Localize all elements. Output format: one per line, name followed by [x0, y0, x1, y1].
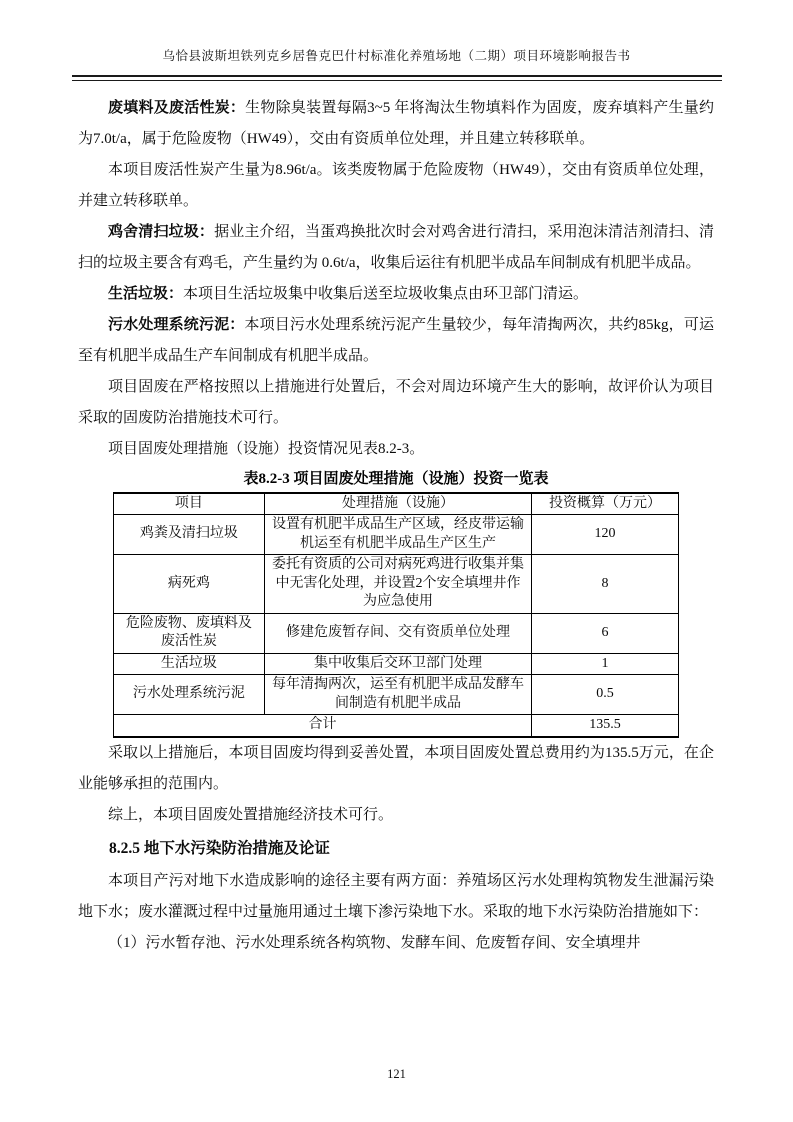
table-cell-cost: 120 — [532, 515, 679, 555]
table-header-cell: 处理措施（设施） — [264, 493, 531, 515]
table-row: 污水处理系统污泥 每年清掏两次，运至有机肥半成品发酵车间制造有机肥半成品 0.5 — [114, 675, 679, 715]
table-cell-cost: 8 — [532, 555, 679, 614]
paragraph-lead: 废填料及废活性炭： — [108, 100, 245, 116]
paragraph-text: 项目固废在严格按照以上措施进行处置后，不会对周边环境产生大的影响，故评价认为项目… — [78, 379, 714, 426]
table-cell-cost: 1 — [532, 653, 679, 675]
body-paragraph: 污水处理系统污泥：本项目污水处理系统污泥产生量较少，每年清掏两次，共约85kg，… — [78, 310, 714, 372]
page-number: 121 — [0, 1067, 793, 1082]
body-paragraph: （1）污水暂存池、污水处理系统各构筑物、发酵车间、危废暂存间、安全填埋井 — [78, 928, 714, 959]
table-cell-measure: 每年清掏两次，运至有机肥半成品发酵车间制造有机肥半成品 — [264, 675, 531, 715]
table-row: 危险废物、废填料及废活性炭 修建危废暂存间、交有资质单位处理 6 — [114, 613, 679, 653]
document-body: 废填料及废活性炭：生物除臭装置每隔3~5 年将淘汰生物填料作为固废，废弃填料产生… — [0, 81, 793, 959]
section-heading: 8.2.5 地下水污染防治措施及论证 — [78, 833, 714, 864]
paragraph-text: 项目固废处理措施（设施）投资情况见表8.2-3。 — [108, 441, 424, 457]
paragraph-text: 本项目废活性炭产生量为8.96t/a。该类废物属于危险废物（HW49），交由有资… — [78, 162, 714, 209]
paragraph-text: 采取以上措施后，本项目固废均得到妥善处置，本项目固废处置总费用约为135.5万元… — [78, 745, 714, 792]
table-footer-label: 合计 — [114, 715, 532, 737]
table-cell-measure: 设置有机肥半成品生产区域，经皮带运输机运至有机肥半成品生产区生产 — [264, 515, 531, 555]
table-cell-measure: 集中收集后交环卫部门处理 — [264, 653, 531, 675]
table-footer-row: 合计 135.5 — [114, 715, 679, 737]
table-row: 病死鸡 委托有资质的公司对病死鸡进行收集并集中无害化处理，并设置2个安全填埋井作… — [114, 555, 679, 614]
paragraph-lead: 污水处理系统污泥： — [108, 317, 244, 333]
table-footer-value: 135.5 — [532, 715, 679, 737]
body-paragraph: 生活垃圾：本项目生活垃圾集中收集后送至垃圾收集点由环卫部门清运。 — [78, 279, 714, 310]
table-cell-item: 病死鸡 — [114, 555, 265, 614]
table-cell-measure: 委托有资质的公司对病死鸡进行收集并集中无害化处理，并设置2个安全填埋井作为应急使… — [264, 555, 531, 614]
paragraph-lead: 生活垃圾： — [108, 286, 183, 302]
body-paragraph: 采取以上措施后，本项目固废均得到妥善处置，本项目固废处置总费用约为135.5万元… — [78, 738, 714, 800]
table-row: 鸡粪及清扫垃圾 设置有机肥半成品生产区域，经皮带运输机运至有机肥半成品生产区生产… — [114, 515, 679, 555]
paragraph-text: （1）污水暂存池、污水处理系统各构筑物、发酵车间、危废暂存间、安全填埋井 — [108, 935, 641, 951]
table-cell-item: 生活垃圾 — [114, 653, 265, 675]
investment-table: 项目 处理措施（设施） 投资概算（万元） 鸡粪及清扫垃圾 设置有机肥半成品生产区… — [113, 492, 679, 738]
table-cell-cost: 6 — [532, 613, 679, 653]
table-title: 表8.2-3 项目固废处理措施（设施）投资一览表 — [78, 467, 714, 491]
table-cell-item: 鸡粪及清扫垃圾 — [114, 515, 265, 555]
body-paragraph: 本项目废活性炭产生量为8.96t/a。该类废物属于危险废物（HW49），交由有资… — [78, 155, 714, 217]
table-row: 生活垃圾 集中收集后交环卫部门处理 1 — [114, 653, 679, 675]
paragraph-text: 综上，本项目固废处置措施经济技术可行。 — [108, 807, 393, 823]
paragraph-text: 本项目产污对地下水造成影响的途径主要有两方面：养殖场区污水处理构筑物发生泄漏污染… — [78, 873, 714, 920]
table-header-row: 项目 处理措施（设施） 投资概算（万元） — [114, 493, 679, 515]
table-cell-cost: 0.5 — [532, 675, 679, 715]
body-paragraph: 项目固废处理措施（设施）投资情况见表8.2-3。 — [78, 434, 714, 465]
table-cell-item: 污水处理系统污泥 — [114, 675, 265, 715]
table-header-cell: 项目 — [114, 493, 265, 515]
paragraph-lead: 鸡舍清扫垃圾： — [108, 224, 214, 240]
document-page: 乌恰县波斯坦铁列克乡居鲁克巴什村标准化养殖场地（二期）项目环境影响报告书 废填料… — [0, 0, 793, 1122]
table-header-cell: 投资概算（万元） — [532, 493, 679, 515]
body-paragraph: 项目固废在严格按照以上措施进行处置后，不会对周边环境产生大的影响，故评价认为项目… — [78, 372, 714, 434]
table-cell-measure: 修建危废暂存间、交有资质单位处理 — [264, 613, 531, 653]
paragraph-text: 本项目生活垃圾集中收集后送至垃圾收集点由环卫部门清运。 — [183, 286, 588, 302]
report-header-title: 乌恰县波斯坦铁列克乡居鲁克巴什村标准化养殖场地（二期）项目环境影响报告书 — [0, 46, 793, 64]
page-header: 乌恰县波斯坦铁列克乡居鲁克巴什村标准化养殖场地（二期）项目环境影响报告书 — [0, 0, 793, 81]
body-paragraph: 废填料及废活性炭：生物除臭装置每隔3~5 年将淘汰生物填料作为固废，废弃填料产生… — [78, 93, 714, 155]
table-cell-item: 危险废物、废填料及废活性炭 — [114, 613, 265, 653]
body-paragraph: 本项目产污对地下水造成影响的途径主要有两方面：养殖场区污水处理构筑物发生泄漏污染… — [78, 866, 714, 928]
body-paragraph: 鸡舍清扫垃圾：据业主介绍，当蛋鸡换批次时会对鸡舍进行清扫，采用泡沫清洁剂清扫、清… — [78, 217, 714, 279]
body-paragraph: 综上，本项目固废处置措施经济技术可行。 — [78, 800, 714, 831]
